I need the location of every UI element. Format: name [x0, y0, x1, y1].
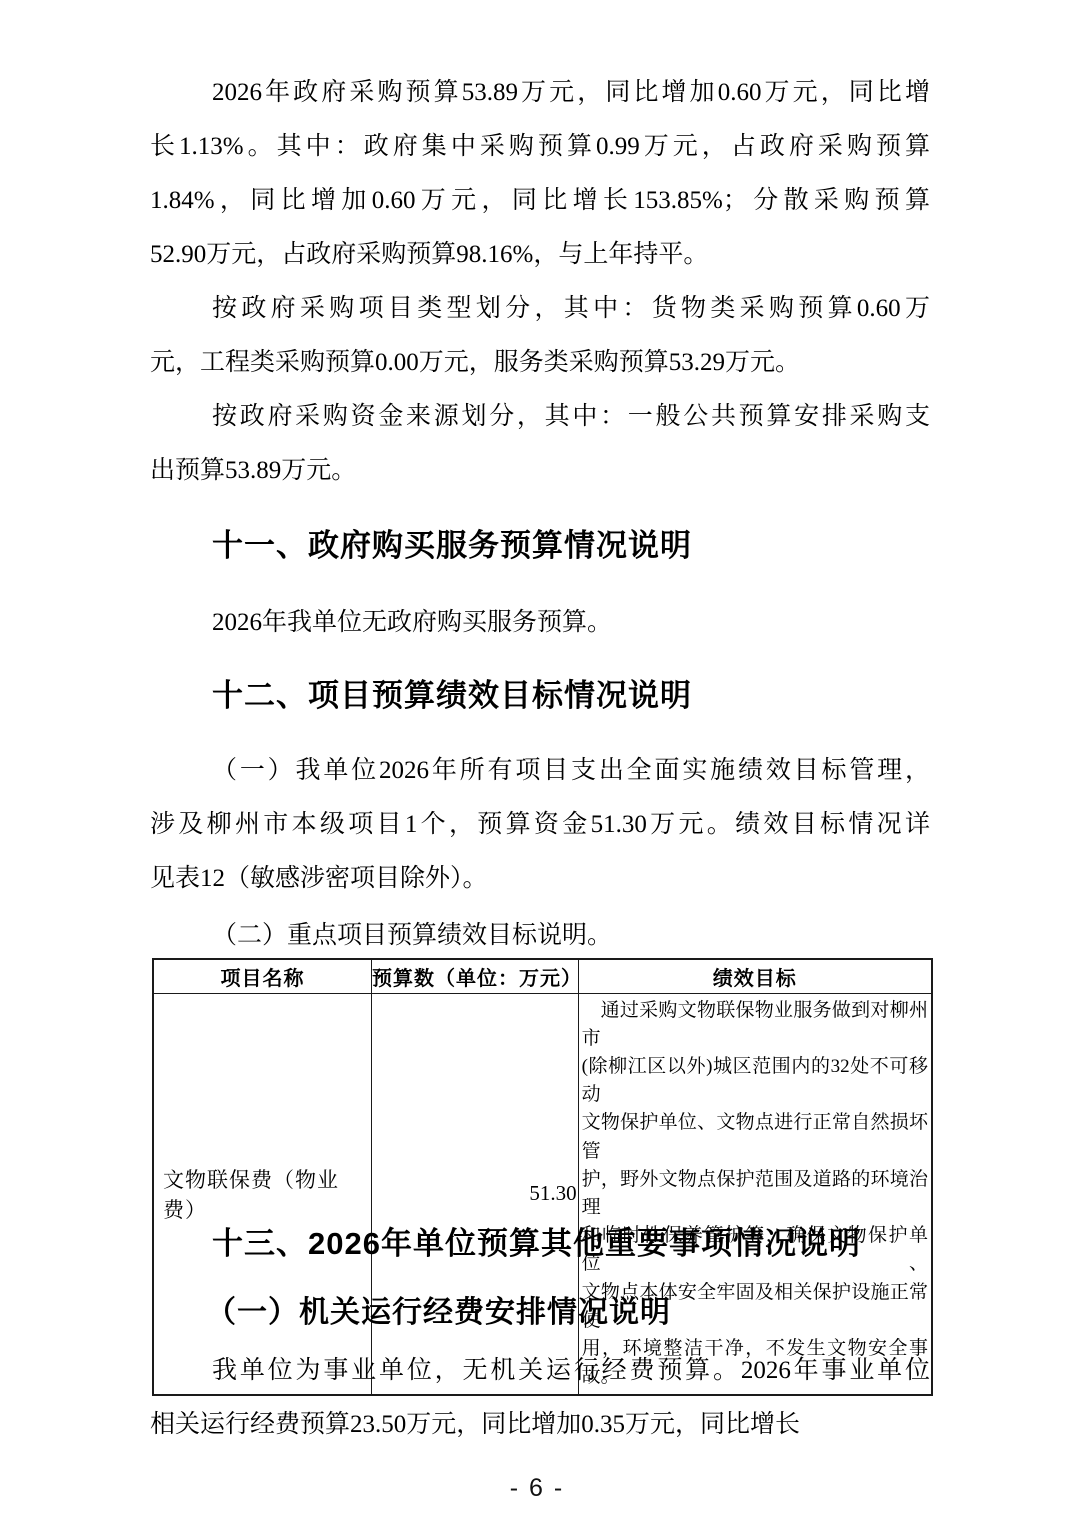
- text-line: （一）我单位2026年所有项目支出全面实施绩效目标管理，: [150, 744, 930, 798]
- table-header-row: 项目名称 预算数（单位：万元） 绩效目标: [153, 959, 932, 993]
- page-number: - 6 -: [0, 1474, 1074, 1503]
- text-line: 出预算53.89万元。: [150, 444, 930, 498]
- table-header-goal: 绩效目标: [578, 959, 932, 993]
- text-line: (除柳江区以外)城区范围内的32处不可移动: [582, 1053, 928, 1109]
- section-13-sub1-title: （一）机关运行经费安排情况说明: [150, 1290, 930, 1336]
- text-line: 我单位为事业单位，无机关运行经费预算。2026年事业单位: [150, 1344, 930, 1398]
- text-line: 通过采购文物联保物业服务做到对柳州市: [582, 997, 928, 1053]
- text-line: 相关运行经费预算23.50万元，同比增加0.35万元，同比增长: [150, 1398, 930, 1452]
- text-line: 1.84%，同比增加0.60万元，同比增长153.85%；分散采购预算: [150, 174, 930, 228]
- text-line: 文物保护单位、文物点进行正常自然损坏管: [582, 1109, 928, 1165]
- section-11-body: 2026年我单位无政府购买服务预算。: [150, 596, 930, 650]
- text-line: 按政府采购资金来源划分，其中：一般公共预算安排采购支: [150, 390, 930, 444]
- text-line: 按政府采购项目类型划分，其中：货物类采购预算0.60万: [150, 282, 930, 336]
- text-line: 护，野外文物点保护范围及道路的环境治理: [582, 1166, 928, 1222]
- table-header-project-name: 项目名称: [153, 959, 372, 993]
- section-13-body: 我单位为事业单位，无机关运行经费预算。2026年事业单位相关运行经费预算23.5…: [150, 1344, 930, 1452]
- section-12-para2: （二）重点项目预算绩效目标说明。: [150, 909, 930, 963]
- section-12-title: 十二、项目预算绩效目标情况说明: [150, 672, 930, 720]
- table-header-budget: 预算数（单位：万元）: [372, 959, 579, 993]
- text-line: 元，工程类采购预算0.00万元，服务类采购预算53.29万元。: [150, 336, 930, 390]
- text-line: 长1.13%。其中：政府集中采购预算0.99万元，占政府采购预算: [150, 120, 930, 174]
- section-11-title: 十一、政府购买服务预算情况说明: [150, 522, 930, 570]
- text-line: 52.90万元，占政府采购预算98.16%，与上年持平。: [150, 228, 930, 282]
- paragraph-by-project-type: 按政府采购项目类型划分，其中：货物类采购预算0.60万元，工程类采购预算0.00…: [150, 282, 930, 390]
- document-page: 2026年政府采购预算53.89万元，同比增加0.60万元，同比增长1.13%。…: [0, 0, 1074, 1520]
- text-line: 见表12（敏感涉密项目除外）。: [150, 852, 930, 906]
- text-line: 2026年政府采购预算53.89万元，同比增加0.60万元，同比增: [150, 66, 930, 120]
- section-12-para1: （一）我单位2026年所有项目支出全面实施绩效目标管理，涉及柳州市本级项目1个，…: [150, 744, 930, 906]
- text-line: 涉及柳州市本级项目1个，预算资金51.30万元。绩效目标情况详: [150, 798, 930, 852]
- paragraph-procurement-summary: 2026年政府采购预算53.89万元，同比增加0.60万元，同比增长1.13%。…: [150, 66, 930, 282]
- section-13-title: 十三、2026年单位预算其他重要事项情况说明: [150, 1220, 930, 1268]
- paragraph-by-fund-source: 按政府采购资金来源划分，其中：一般公共预算安排采购支出预算53.89万元。: [150, 390, 930, 498]
